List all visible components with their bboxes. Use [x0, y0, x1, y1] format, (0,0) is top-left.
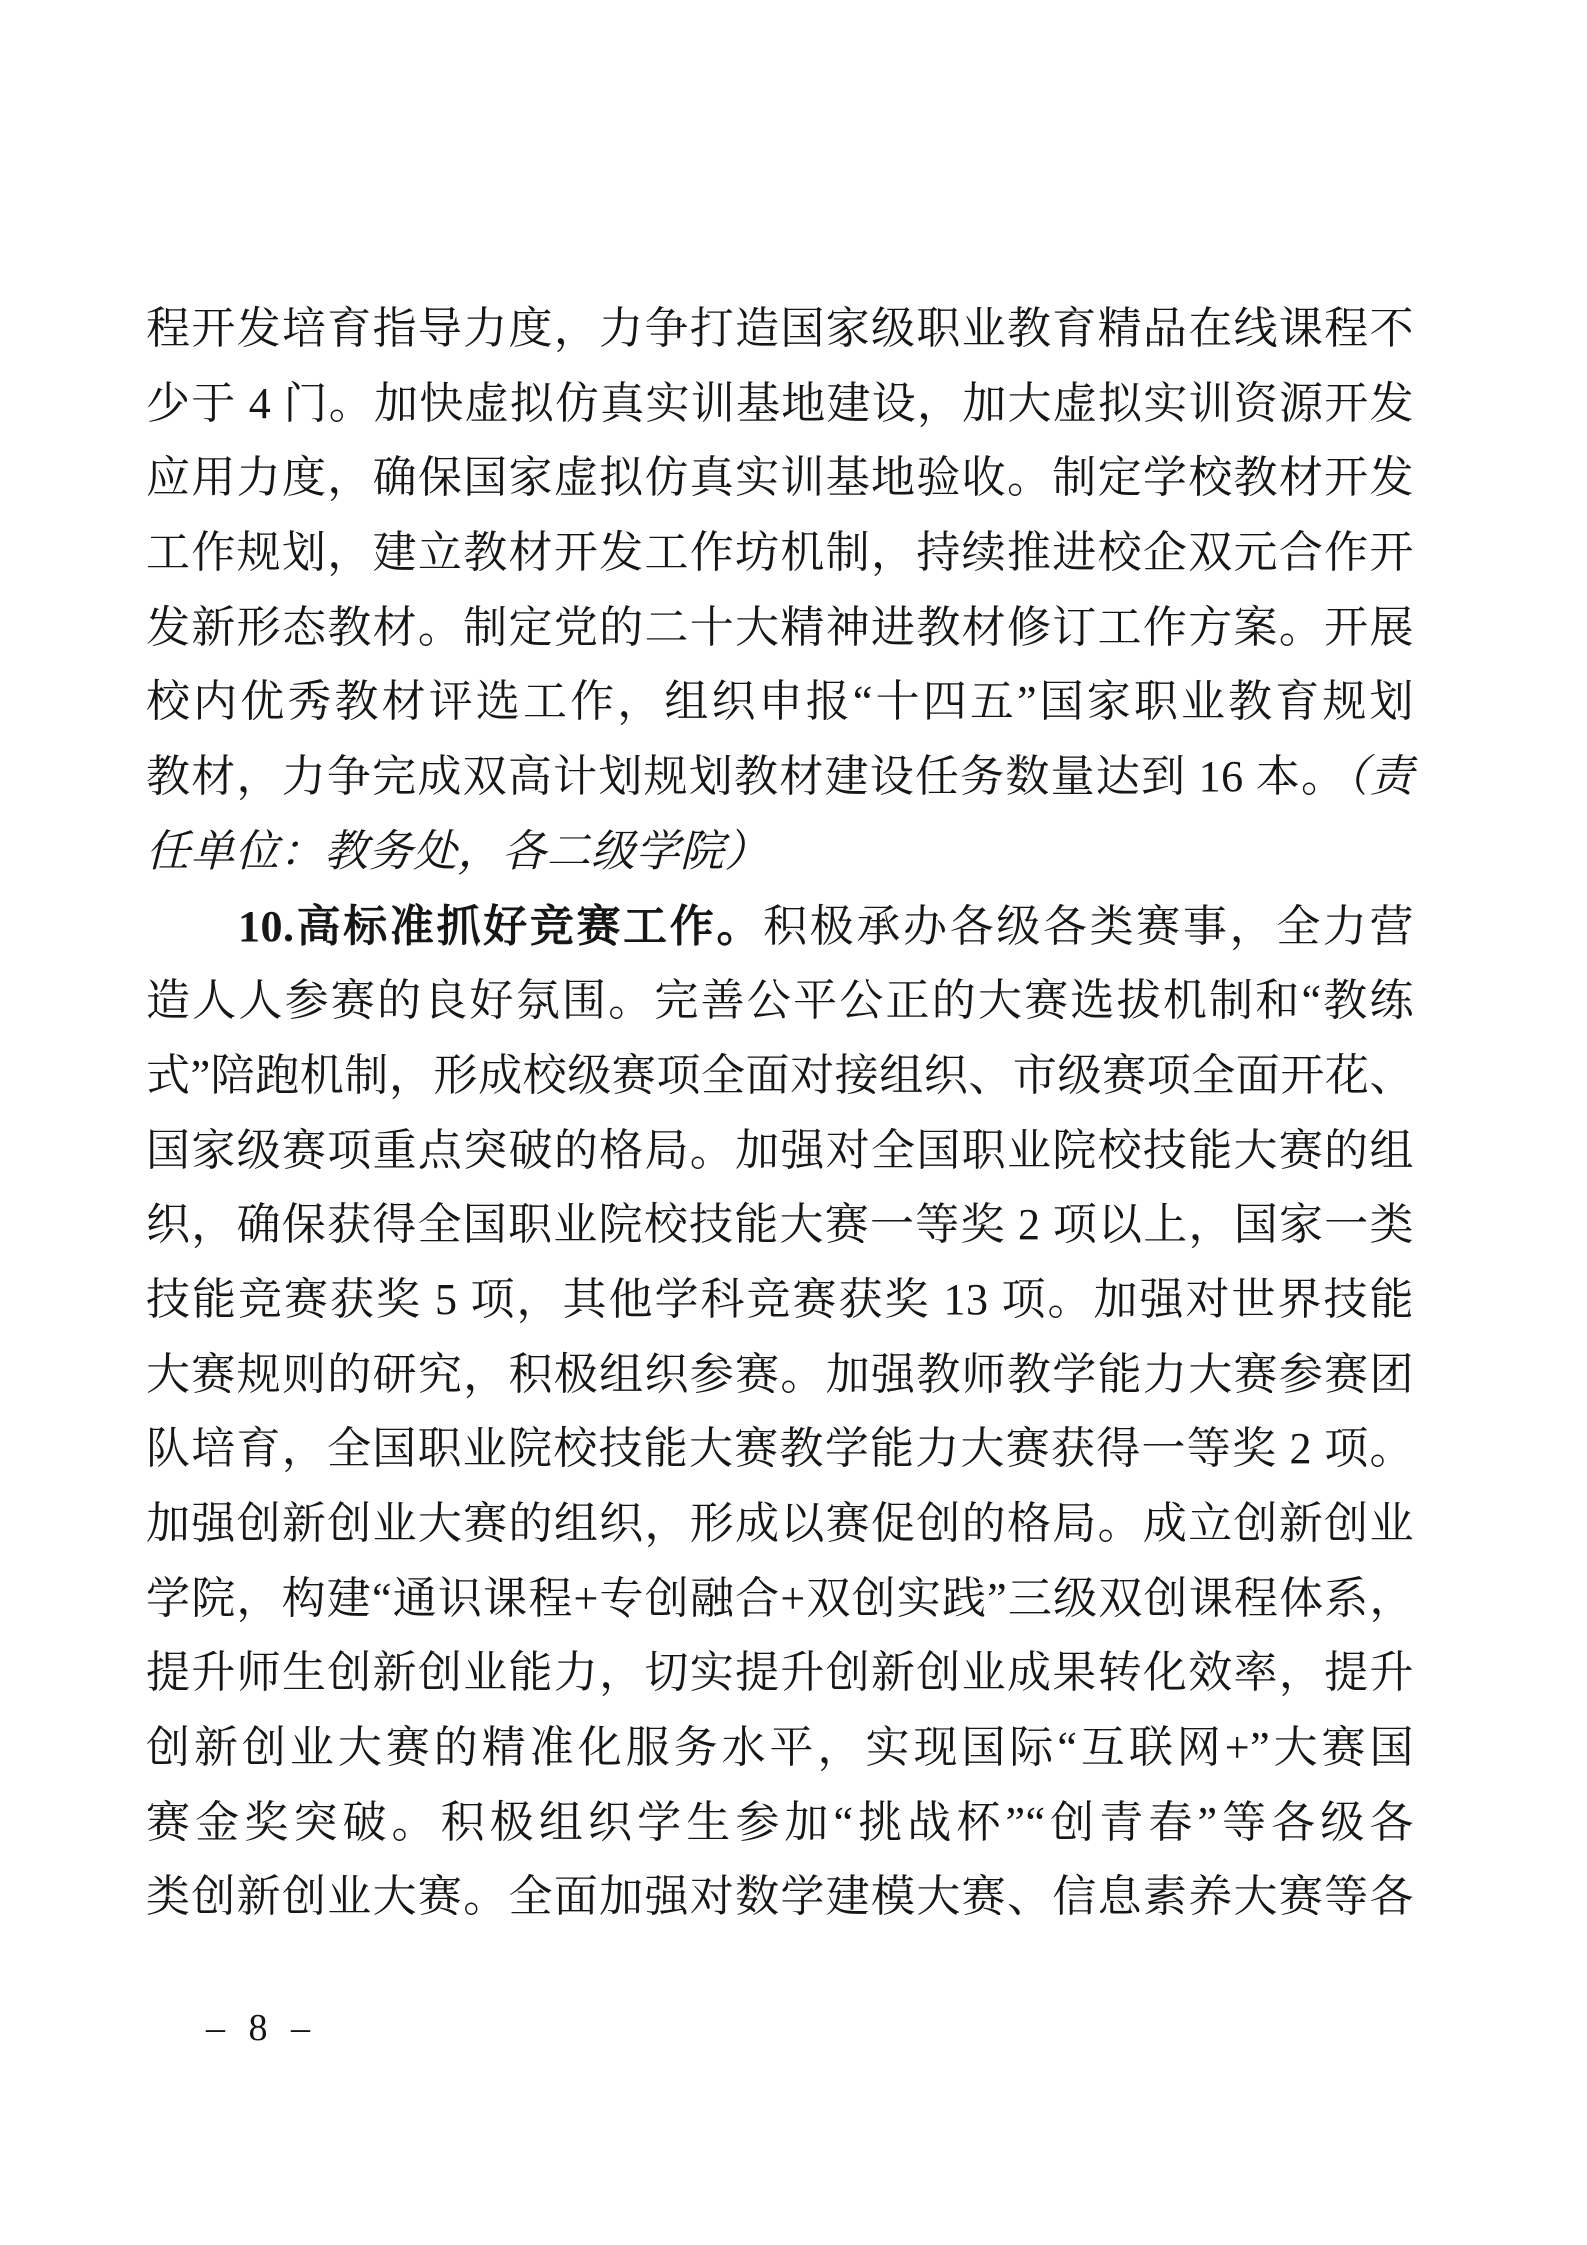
text-run: 学院，构建“通识课程+专创融合+双创实践”三级双创课程体系， [146, 1574, 1414, 1623]
text-run: 教材，力争完成双高计划规划教材建设任务数量达到 16 本。 [146, 752, 1346, 801]
text-run: 少于 4 门。加快虚拟仿真实训基地建设，加大虚拟实训资源开发 [146, 379, 1414, 428]
text-run: 工作规划，建立教材开发工作坊机制，持续推进校企双元合作开 [146, 528, 1414, 577]
text-run: 应用力度，确保国家虚拟仿真实训基地验收。制定学校教材开发 [146, 453, 1414, 502]
text-run: 织，确保获得全国职业院校技能大赛一等奖 2 项以上，国家一类 [146, 1200, 1414, 1249]
text-line: 加强创新创业大赛的组织，形成以赛促创的格局。成立创新创业 [146, 1487, 1414, 1562]
text-line: 发新形态教材。制定党的二十大精神进教材修订工作方案。开展 [146, 591, 1414, 666]
text-line: 类创新创业大赛。全面加强对数学建模大赛、信息素养大赛等各 [146, 1860, 1414, 1935]
text-run: 技能竞赛获奖 5 项，其他学科竞赛获奖 13 项。加强对世界技能 [146, 1275, 1414, 1324]
section-heading-run: 10.高标准抓好竞赛工作。 [238, 902, 763, 951]
text-line: 少于 4 门。加快虚拟仿真实训基地建设，加大虚拟实训资源开发 [146, 367, 1414, 442]
text-line: 程开发培育指导力度，力争打造国家级职业教育精品在线课程不 [146, 292, 1414, 367]
text-block: 程开发培育指导力度，力争打造国家级职业教育精品在线课程不少于 4 门。加快虚拟仿… [146, 292, 1414, 1935]
text-run: 加强创新创业大赛的组织，形成以赛促创的格局。成立创新创业 [146, 1499, 1414, 1548]
text-line: 校内优秀教材评选工作，组织申报“十四五”国家职业教育规划 [146, 665, 1414, 740]
text-line: 造人人参赛的良好氛围。完善公平公正的大赛选拔机制和“教练 [146, 964, 1414, 1039]
text-line: 赛金奖突破。积极组织学生参加“挑战杯”“创青春”等各级各 [146, 1786, 1414, 1861]
responsibility-unit-run: 任单位：教务处，各二级学院） [146, 827, 769, 876]
page-number: – 8 – [206, 2006, 317, 2050]
text-line: 10.高标准抓好竞赛工作。积极承办各级各类赛事，全力营 [146, 890, 1414, 965]
responsibility-unit-run: （责 [1346, 752, 1414, 801]
text-run: 程开发培育指导力度，力争打造国家级职业教育精品在线课程不 [146, 304, 1414, 353]
text-run: 队培育，全国职业院校技能大赛教学能力大赛获得一等奖 2 项。 [146, 1424, 1414, 1473]
text-run: 类创新创业大赛。全面加强对数学建模大赛、信息素养大赛等各 [146, 1872, 1414, 1921]
text-run: 提升师生创新创业能力，切实提升创新创业成果转化效率，提升 [146, 1648, 1414, 1697]
text-run: 国家级赛项重点突破的格局。加强对全国职业院校技能大赛的组 [146, 1126, 1414, 1175]
text-run: 大赛规则的研究，积极组织参赛。加强教师教学能力大赛参赛团 [146, 1350, 1414, 1399]
text-line: 大赛规则的研究，积极组织参赛。加强教师教学能力大赛参赛团 [146, 1338, 1414, 1413]
text-line: 教材，力争完成双高计划规划教材建设任务数量达到 16 本。（责 [146, 740, 1414, 815]
text-line: 队培育，全国职业院校技能大赛教学能力大赛获得一等奖 2 项。 [146, 1412, 1414, 1487]
text-line: 国家级赛项重点突破的格局。加强对全国职业院校技能大赛的组 [146, 1114, 1414, 1189]
text-line: 创新创业大赛的精准化服务水平，实现国际“互联网+”大赛国 [146, 1711, 1414, 1786]
text-line: 学院，构建“通识课程+专创融合+双创实践”三级双创课程体系， [146, 1562, 1414, 1637]
text-line: 应用力度，确保国家虚拟仿真实训基地验收。制定学校教材开发 [146, 441, 1414, 516]
text-run: 式”陪跑机制，形成校级赛项全面对接组织、市级赛项全面开花、 [146, 1051, 1414, 1100]
text-run: 创新创业大赛的精准化服务水平，实现国际“互联网+”大赛国 [146, 1723, 1414, 1772]
text-line: 工作规划，建立教材开发工作坊机制，持续推进校企双元合作开 [146, 516, 1414, 591]
text-line: 织，确保获得全国职业院校技能大赛一等奖 2 项以上，国家一类 [146, 1188, 1414, 1263]
text-line: 任单位：教务处，各二级学院） [146, 815, 1414, 890]
text-line: 技能竞赛获奖 5 项，其他学科竞赛获奖 13 项。加强对世界技能 [146, 1263, 1414, 1338]
text-line: 提升师生创新创业能力，切实提升创新创业成果转化效率，提升 [146, 1636, 1414, 1711]
text-run: 校内优秀教材评选工作，组织申报“十四五”国家职业教育规划 [146, 677, 1414, 726]
text-run: 赛金奖突破。积极组织学生参加“挑战杯”“创青春”等各级各 [146, 1798, 1414, 1847]
document-page: 程开发培育指导力度，力争打造国家级职业教育精品在线课程不少于 4 门。加快虚拟仿… [0, 0, 1587, 2245]
text-line: 式”陪跑机制，形成校级赛项全面对接组织、市级赛项全面开花、 [146, 1039, 1414, 1114]
text-run: 积极承办各级各类赛事，全力营 [763, 902, 1414, 951]
text-run: 造人人参赛的良好氛围。完善公平公正的大赛选拔机制和“教练 [146, 976, 1414, 1025]
text-run: 发新形态教材。制定党的二十大精神进教材修订工作方案。开展 [146, 603, 1414, 652]
